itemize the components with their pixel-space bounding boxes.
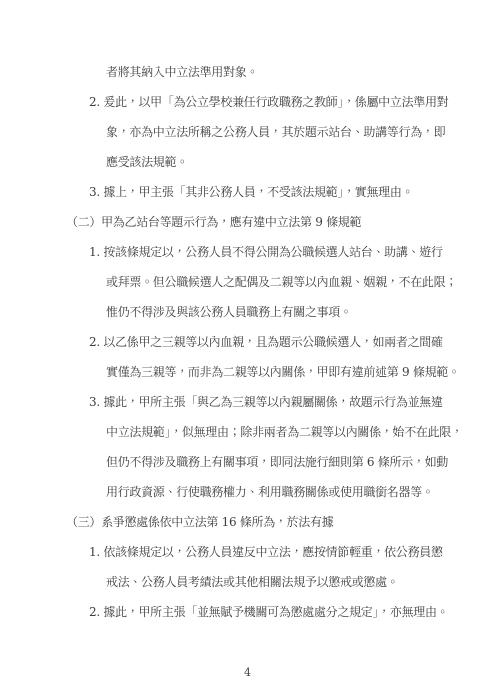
document-line: 惟仍不得涉及與該公務人員職務上有關之事項。 <box>0 297 495 327</box>
document-line: 者將其納入中立法準用對象。 <box>0 57 495 87</box>
document-line: 實僅為三親等，而非為二親等以內關係，甲即有違前述第 9 條規範。 <box>0 357 495 387</box>
document-line: 2. 據此，甲所主張「並無賦予機關可為懲處處分之規定」，亦無理由。 <box>0 597 495 627</box>
document-line: 2. 爰此，以甲「為公立學校兼任行政職務之教師」，係屬中立法準用對 <box>0 87 495 117</box>
document-line: 但仍不得涉及職務上有關事項，即同法施行細則第 6 條所示，如動 <box>0 447 495 477</box>
section-heading: （三）系爭懲處係依中立法第 16 條所為，於法有據 <box>0 507 495 537</box>
document-line: 戒法、公務人員考績法或其他相關法規予以懲戒或懲處。 <box>0 567 495 597</box>
document-line: 用行政資源、行使職務權力、利用職務關係或使用職銜名器等。 <box>0 477 495 507</box>
document-line: 中立法規範」，似無理由；除非兩者為二親等以內關係，始不在此限， <box>0 417 495 447</box>
document-line: 3. 據上，甲主張「其非公務人員，不受該法規範」，實無理由。 <box>0 177 495 207</box>
document-line: 1. 按該條規定以，公務人員不得公開為公職候選人站台、助講、遊行 <box>0 237 495 267</box>
document-line: 2. 以乙係甲之三親等以內血親，且為題示公職候選人，如兩者之間確 <box>0 327 495 357</box>
document-page: 者將其納入中立法準用對象。 2. 爰此，以甲「為公立學校兼任行政職務之教師」，係… <box>0 0 495 700</box>
document-line: 象，亦為中立法所稱之公務人員，其於題示站台、助講等行為，即 <box>0 117 495 147</box>
document-text-block: 者將其納入中立法準用對象。 2. 爰此，以甲「為公立學校兼任行政職務之教師」，係… <box>0 57 495 627</box>
document-line: 1. 依該條規定以，公務人員違反中立法，應按情節輕重，依公務員懲 <box>0 537 495 567</box>
page-number: 4 <box>0 666 495 679</box>
document-line: 應受該法規範。 <box>0 147 495 177</box>
document-line: 3. 據此，甲所主張「與乙為三親等以內親屬關係，故題示行為並無違 <box>0 387 495 417</box>
section-heading: （二）甲為乙站台等題示行為，應有違中立法第 9 條規範 <box>0 207 495 237</box>
document-line: 或拜票。但公職候選人之配偶及二親等以內血親、姻親，不在此限； <box>0 267 495 297</box>
